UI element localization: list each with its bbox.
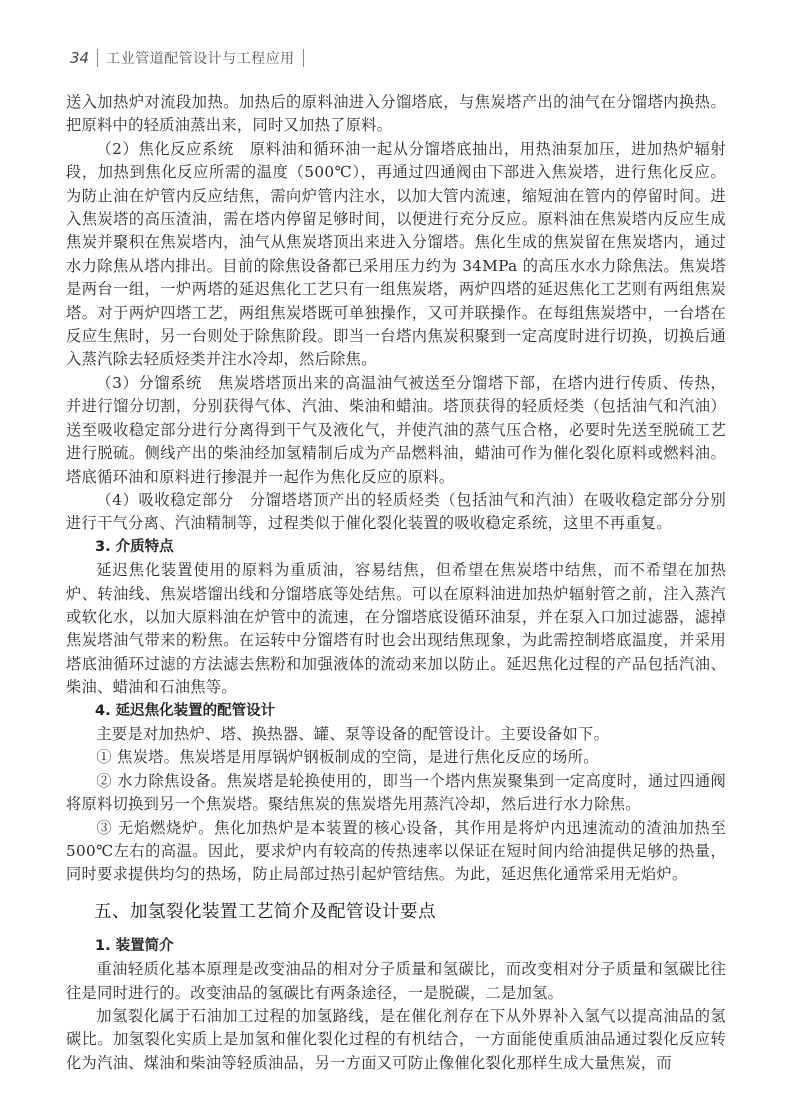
paragraph-fractionation-system: （3）分馏系统 焦炭塔塔顶出来的高温油气被送至分馏塔下部，在塔内进行传质、传热，…: [66, 372, 726, 489]
subheading-unit-overview: 1. 装置简介: [66, 935, 726, 958]
section-heading-hydrocracking: 五、加氢裂化装置工艺简介及配管设计要点: [66, 899, 726, 925]
subheading-medium-characteristics: 3. 介质特点: [66, 536, 726, 559]
paragraph-continuation: 送入加热炉对流段加热。加热后的原料油进入分馏塔底，与焦炭塔产出的油气在分馏塔内换…: [66, 91, 726, 138]
header-divider-end: [303, 49, 304, 67]
list-item-flameless-furnace: ③ 无焰燃烧炉。焦化加热炉是本装置的核心设备，其作用是将炉内迅速流动的渣油加热至…: [66, 817, 726, 887]
header-divider: [97, 49, 98, 67]
running-header: 34 工业管道配管设计与工程应用: [70, 48, 304, 68]
page-number: 34: [70, 49, 89, 67]
paragraph-piping-intro: 主要是对加热炉、塔、换热器、罐、泵等设备的配管设计。主要设备如下。: [66, 723, 726, 746]
page-body: 送入加热炉对流段加热。加热后的原料油进入分馏塔底，与焦炭塔产出的油气在分馏塔内换…: [66, 91, 726, 1075]
paragraph-overview-1: 重油轻质化基本原理是改变油品的相对分子质量和氢碳比，而改变相对分子质量和氢碳比往…: [66, 958, 726, 1005]
list-item-hydraulic-decoking: ② 水力除焦设备。焦炭塔是轮换使用的，即当一个塔内焦炭聚集到一定高度时，通过四通…: [66, 770, 726, 817]
book-title: 工业管道配管设计与工程应用: [106, 48, 295, 68]
subheading-piping-design: 4. 延迟焦化装置的配管设计: [66, 700, 726, 723]
list-item-coke-drum: ① 焦炭塔。焦炭塔是用厚锅炉钢板制成的空筒，是进行焦化反应的场所。: [66, 746, 726, 769]
paragraph-coking-reaction-system: （2）焦化反应系统 原料油和循环油一起从分馏塔底抽出，用热油泵加压，进加热炉辐射…: [66, 138, 726, 372]
paragraph-absorption-stabilization: （4）吸收稳定部分 分馏塔塔顶产出的轻质烃类（包括油气和汽油）在吸收稳定部分分别…: [66, 489, 726, 536]
paragraph-medium-characteristics: 延迟焦化装置使用的原料为重质油，容易结焦，但希望在焦炭塔中结焦，而不希望在加热炉…: [66, 559, 726, 699]
paragraph-overview-2: 加氢裂化属于石油加工过程的加氢路线，是在催化剂存在下从外界补入氢气以提高油品的氢…: [66, 1005, 726, 1075]
